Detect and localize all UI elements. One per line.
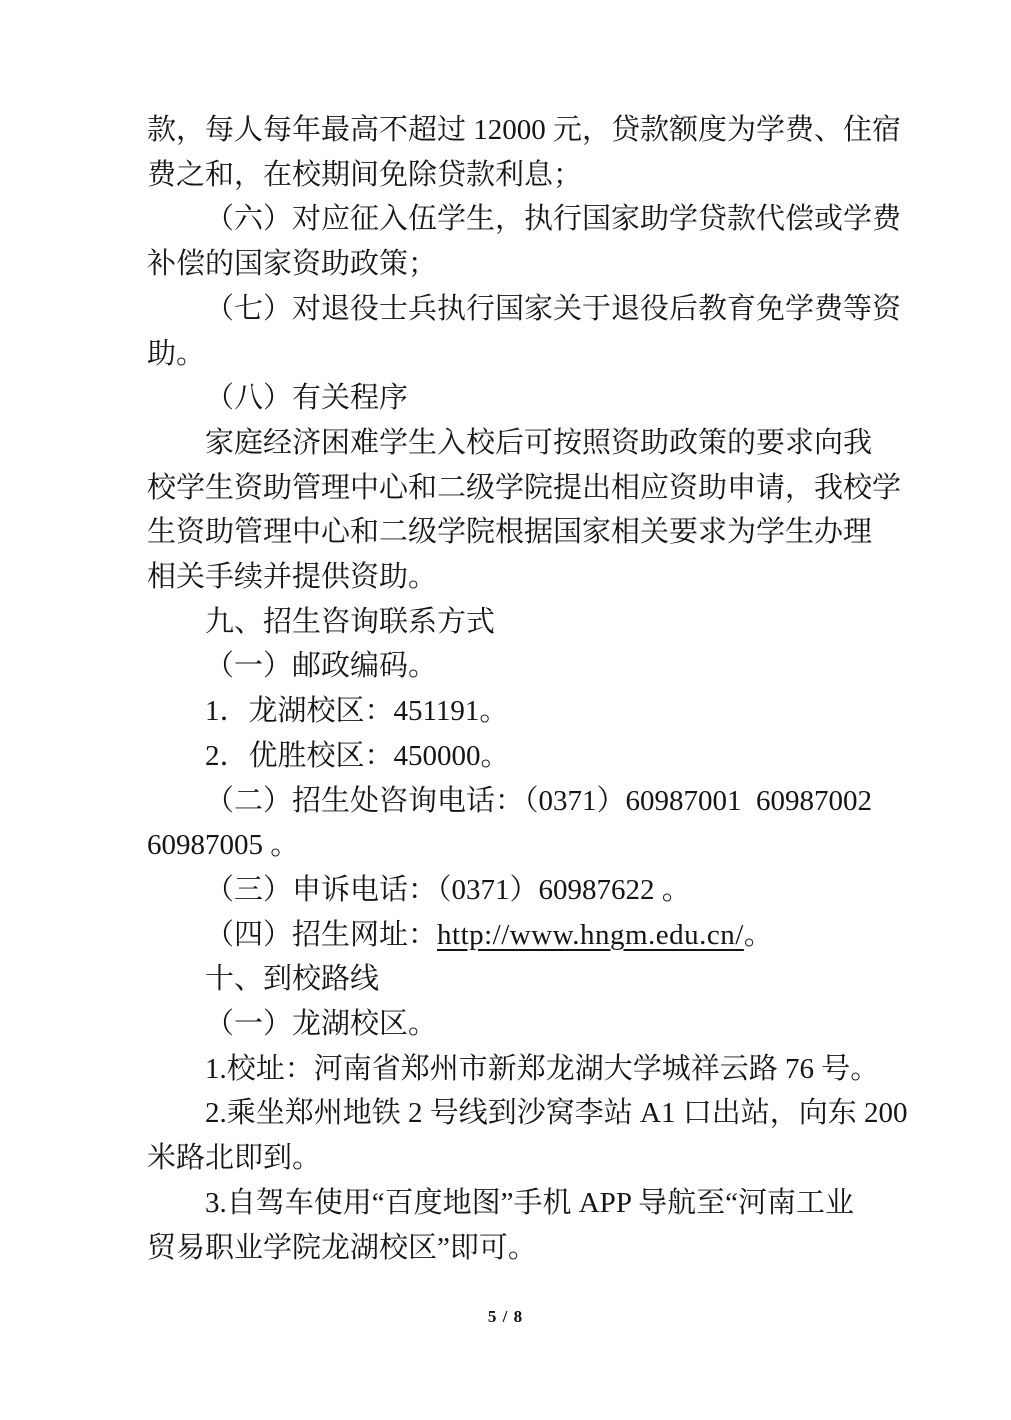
text-run: 60987005 。 bbox=[147, 829, 299, 861]
document-line: 九、招生咨询联系方式 bbox=[147, 600, 919, 645]
text-run: 家庭经济困难学生入校后可按照资助政策的要求向我 bbox=[205, 427, 872, 459]
document-line: 十、到校路线 bbox=[147, 957, 919, 1002]
document-line: （二）招生处咨询电话：（0371）60987001 60987002 bbox=[147, 779, 919, 824]
document-line: 3.自驾车使用“百度地图”手机 APP 导航至“河南工业 bbox=[147, 1181, 919, 1226]
document-line: （七）对退役士兵执行国家关于退役后教育免学费等资 bbox=[147, 287, 919, 332]
text-run: 十、到校路线 bbox=[205, 963, 379, 995]
document-line: 米路北即到。 bbox=[147, 1136, 919, 1181]
admissions-url-link[interactable]: http://www.hngm.edu.cn/ bbox=[437, 919, 744, 951]
text-run: 款，每人每年最高不超过 12000 元，贷款额度为学费、住宿 bbox=[147, 114, 901, 146]
text-run: （七）对退役士兵执行国家关于退役后教育免学费等资 bbox=[205, 293, 901, 325]
document-line: （四）招生网址：http://www.hngm.edu.cn/。 bbox=[147, 913, 919, 958]
document-line: （六）对应征入伍学生，执行国家助学贷款代偿或学费 bbox=[147, 197, 919, 242]
document-line: 60987005 。 bbox=[147, 823, 919, 868]
document-line: 家庭经济困难学生入校后可按照资助政策的要求向我 bbox=[147, 421, 919, 466]
text-run: 3.自驾车使用“百度地图”手机 APP 导航至“河南工业 bbox=[205, 1187, 854, 1219]
document-line: 费之和，在校期间免除贷款利息； bbox=[147, 153, 919, 198]
document-line: 贸易职业学院龙湖校区”即可。 bbox=[147, 1226, 919, 1271]
text-run: 助。 bbox=[147, 338, 205, 370]
document-line: 校学生资助管理中心和二级学院提出相应资助申请，我校学 bbox=[147, 466, 919, 511]
text-run: 相关手续并提供资助。 bbox=[147, 561, 437, 593]
text-run: （一）邮政编码。 bbox=[205, 650, 437, 682]
text-run: （六）对应征入伍学生，执行国家助学贷款代偿或学费 bbox=[205, 203, 901, 235]
text-run: 补偿的国家资助政策； bbox=[147, 248, 437, 280]
document-body: 款，每人每年最高不超过 12000 元，贷款额度为学费、住宿费之和，在校期间免除… bbox=[147, 108, 919, 1270]
text-run: 2．优胜校区：450000。 bbox=[205, 740, 510, 772]
text-run: （八）有关程序 bbox=[205, 382, 408, 414]
text-run: 生资助管理中心和二级学院根据国家相关要求为学生办理 bbox=[147, 516, 872, 548]
text-run: 。 bbox=[744, 919, 773, 951]
text-run: 贸易职业学院龙湖校区”即可。 bbox=[147, 1232, 537, 1264]
document-page: 款，每人每年最高不超过 12000 元，贷款额度为学费、住宿费之和，在校期间免除… bbox=[0, 0, 1011, 1420]
text-run: 2.乘坐郑州地铁 2 号线到沙窝李站 A1 口出站，向东 200 bbox=[205, 1097, 907, 1129]
document-line: 2．优胜校区：450000。 bbox=[147, 734, 919, 779]
text-run: （一）龙湖校区。 bbox=[205, 1008, 437, 1040]
text-run: 1.校址：河南省郑州市新郑龙湖大学城祥云路 76 号。 bbox=[205, 1053, 879, 1085]
document-line: 款，每人每年最高不超过 12000 元，贷款额度为学费、住宿 bbox=[147, 108, 919, 153]
text-run: 九、招生咨询联系方式 bbox=[205, 606, 495, 638]
document-line: 生资助管理中心和二级学院根据国家相关要求为学生办理 bbox=[147, 510, 919, 555]
document-line: （一）邮政编码。 bbox=[147, 644, 919, 689]
text-run: 费之和，在校期间免除贷款利息； bbox=[147, 159, 582, 191]
document-line: （三）申诉电话：（0371）60987622 。 bbox=[147, 868, 919, 913]
document-line: 补偿的国家资助政策； bbox=[147, 242, 919, 287]
text-run: （三）申诉电话：（0371）60987622 。 bbox=[205, 874, 691, 906]
text-run: （二）招生处咨询电话：（0371）60987001 60987002 bbox=[205, 785, 872, 817]
page-footer: 5 / 8 bbox=[0, 1306, 1011, 1328]
document-line: 助。 bbox=[147, 332, 919, 377]
document-line: （一）龙湖校区。 bbox=[147, 1002, 919, 1047]
page-number: 5 / 8 bbox=[488, 1307, 523, 1326]
document-line: （八）有关程序 bbox=[147, 376, 919, 421]
document-line: 1．龙湖校区：451191。 bbox=[147, 689, 919, 734]
text-run: 米路北即到。 bbox=[147, 1142, 321, 1174]
document-line: 1.校址：河南省郑州市新郑龙湖大学城祥云路 76 号。 bbox=[147, 1047, 919, 1092]
document-line: 2.乘坐郑州地铁 2 号线到沙窝李站 A1 口出站，向东 200 bbox=[147, 1091, 919, 1136]
document-line: 相关手续并提供资助。 bbox=[147, 555, 919, 600]
text-run: 1．龙湖校区：451191。 bbox=[205, 695, 508, 727]
text-run: 校学生资助管理中心和二级学院提出相应资助申请，我校学 bbox=[147, 472, 901, 504]
text-run: （四）招生网址： bbox=[205, 919, 437, 951]
